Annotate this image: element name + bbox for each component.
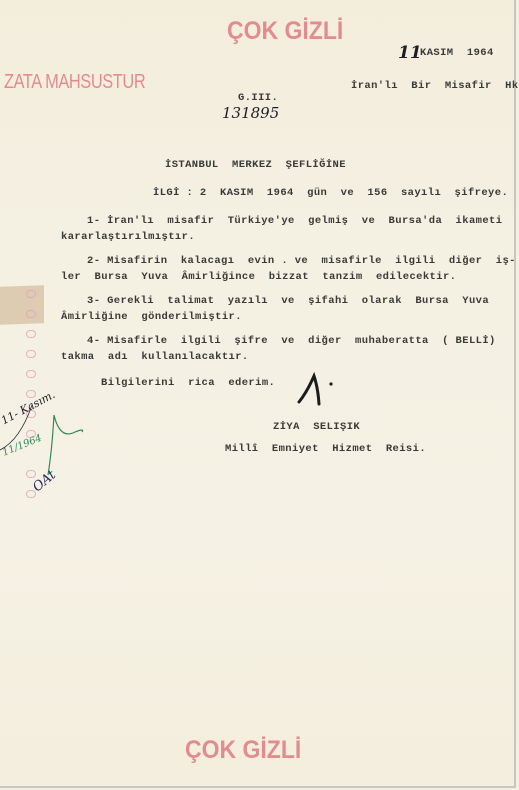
tape-residue xyxy=(0,285,44,325)
paragraph-4-line-1: 4- Misafirle ilgili şifre ve diğer muhab… xyxy=(87,335,496,347)
paragraph-1-line-2: kararlaştırılmıştır. xyxy=(61,231,195,243)
paragraph-2-line-2: ler Bursa Yuva Âmirliğince bizzat tanzim… xyxy=(61,271,456,283)
classification-stamp-bottom: ÇOK GİZLİ xyxy=(185,736,301,765)
dept-code: G.III. xyxy=(238,92,278,104)
closing-line: Bilgilerini rica ederim. xyxy=(101,377,275,389)
handwritten-reference-number: 131895 xyxy=(222,104,279,122)
date-text: KASIM 1964 xyxy=(420,47,494,59)
paragraph-1-line-1: 1- İran'lı misafir Türkiye'ye gelmiş ve … xyxy=(87,215,502,227)
document-page: ÇOK GİZLİ ZATA MAHSUSTUR 11 KASIM 1964 İ… xyxy=(0,0,516,788)
classification-stamp-top: ÇOK GİZLİ xyxy=(227,17,343,46)
reference-line: İLGİ : 2 KASIM 1964 gün ve 156 sayılı şi… xyxy=(153,187,508,199)
paragraph-2-line-1: 2- Misafirin kalacagı evin . ve misafirl… xyxy=(87,255,516,267)
paragraph-3-line-2: Âmirliğine gönderilmiştir. xyxy=(61,311,242,323)
signer-name: ZİYA SELIŞIK xyxy=(273,421,360,433)
subject-line: İran'lı Bir Misafir Hk. xyxy=(351,80,519,92)
margin-annotations xyxy=(0,360,110,510)
signer-title: Millî Emniyet Hizmet Reisi. xyxy=(225,443,426,455)
personal-stamp: ZATA MAHSUSTUR xyxy=(4,71,145,94)
paragraph-3-line-1: 3- Gerekli talimat yazılı ve şifahi olar… xyxy=(87,295,489,307)
addressee: İSTANBUL MERKEZ ŞEFLİĞİNE xyxy=(165,159,346,171)
handwritten-date-day: 11 xyxy=(398,43,422,63)
signature-mark xyxy=(297,370,337,410)
